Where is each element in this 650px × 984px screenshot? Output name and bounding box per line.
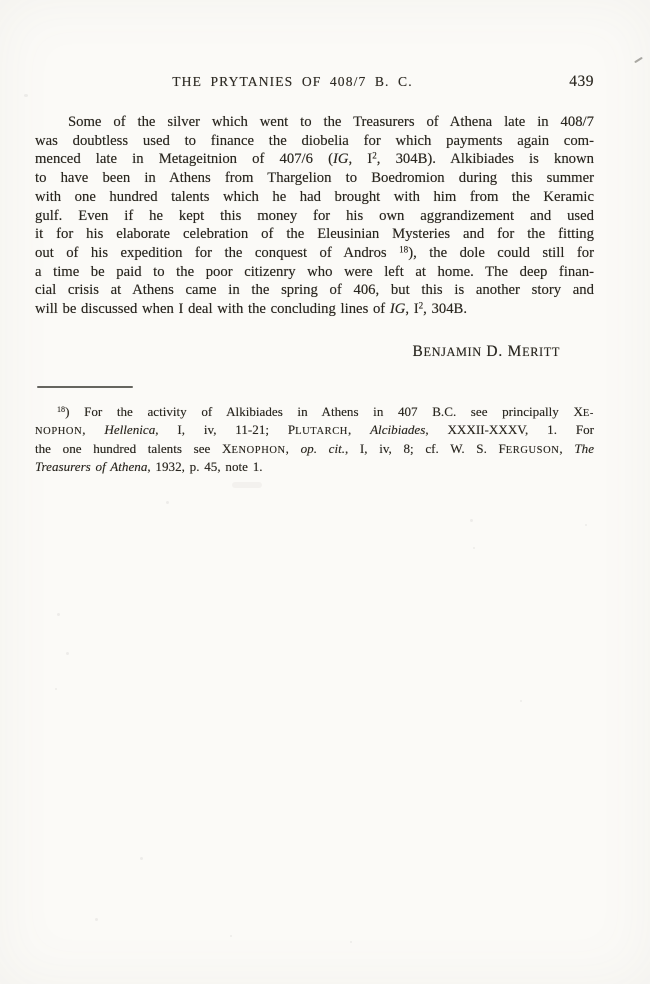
text-segment: 18 [57, 405, 65, 414]
text-segment: , I, iv, 11-21; P [155, 422, 295, 437]
page-header: THE PRYTANIES OF 408/7 B. C. 439 [35, 74, 594, 94]
scan-speckle [24, 94, 28, 97]
scan-speckle [57, 613, 60, 616]
text-segment: , [286, 441, 301, 456]
scan-speckle [350, 941, 352, 943]
text-segment: , I, iv, 8; cf. W. S. F [345, 441, 506, 456]
text-segment: menced late in Metageitnion of 407/6 ( [35, 151, 333, 167]
scan-edge-mark [634, 57, 643, 63]
text-segment: The [574, 441, 594, 456]
paragraph-line: cial crisis at Athens came in the spring… [35, 281, 594, 300]
footnote-line: 18) For the activity of Alkibiades in At… [35, 404, 594, 422]
text-segment: ENOPHON [231, 445, 285, 456]
paragraph-line: out of his expedition for the conquest o… [35, 244, 594, 263]
text-segment: , [82, 422, 104, 437]
text-segment: 18 [399, 244, 408, 254]
text-segment: LUTARCH [295, 426, 348, 437]
text-segment: will be discussed when I deal with the c… [35, 301, 390, 317]
paragraph-line: with one hundred talents which he had br… [35, 188, 594, 207]
text-segment: op. cit. [301, 441, 345, 456]
text-segment: IG [390, 301, 406, 317]
paragraph-line: to have been in Athens from Thargelion t… [35, 169, 594, 188]
text-segment: E- [583, 408, 594, 419]
scan-speckle [473, 547, 475, 549]
text-segment: , 1932, p. 45, note 1. [147, 459, 262, 474]
text-segment: with one hundred talents which he had br… [35, 189, 594, 205]
footnote: 18) For the activity of Alkibiades in At… [35, 404, 594, 476]
text-segment: Some of the silver which went to the Tre… [68, 114, 594, 130]
text-segment: B [412, 343, 423, 360]
text-segment: ERITT [522, 345, 560, 359]
text-segment: it for his elaborate celebration of the … [35, 226, 594, 242]
scan-speckle [470, 519, 473, 522]
scan-speckle [95, 918, 98, 921]
text-segment: cial crisis at Athens came in the spring… [35, 282, 594, 298]
scan-speckle [520, 700, 522, 702]
page-number: 439 [569, 73, 594, 91]
footnote-separator [37, 386, 133, 388]
text-segment: the one hundred talents see X [35, 441, 231, 456]
text-segment: IG [333, 151, 349, 167]
footnote-line: the one hundred talents see XENOPHON, op… [35, 441, 594, 459]
text-segment: , XXXII-XXXV, 1. For [425, 422, 594, 437]
text-segment: ) For the activity of Alkibiades in Athe… [65, 404, 583, 419]
text-segment: a time be paid to the poor citizenry who… [35, 264, 594, 280]
scan-speckle [585, 524, 587, 526]
text-segment: ENJAMIN [424, 345, 482, 359]
paragraph-line: menced late in Metageitnion of 407/6 (IG… [35, 150, 594, 169]
text-segment: , I [349, 151, 373, 167]
text-segment: , [559, 441, 574, 456]
text-segment: ), the dole could still for [408, 245, 594, 261]
scan-speckle [55, 688, 57, 690]
text-segment: Alcibiades [370, 422, 425, 437]
text-segment: , 304B. [423, 301, 467, 317]
scan-smudge [232, 482, 262, 488]
text-segment: was doubtless used to finance the diobel… [35, 133, 594, 149]
text-segment: gulf. Even if he kept this money for his… [35, 208, 594, 224]
text-segment: , 304B). Alkibiades is known [377, 151, 594, 167]
paragraph-line: was doubtless used to finance the diobel… [35, 132, 594, 151]
paragraph-line: will be discussed when I deal with the c… [35, 300, 594, 319]
document-page: THE PRYTANIES OF 408/7 B. C. 439 Some of… [0, 0, 650, 984]
scan-speckle [140, 857, 143, 860]
footnote-line: Treasurers of Athena, 1932, p. 45, note … [35, 459, 594, 475]
author-signature: BENJAMIN D. MERITT [412, 343, 560, 361]
text-segment: NOPHON [35, 426, 82, 437]
text-segment: ERGUSON [506, 445, 560, 456]
text-segment: , [348, 422, 370, 437]
page-header-title: THE PRYTANIES OF 408/7 B. C. [35, 74, 550, 90]
text-segment: Hellenica [104, 422, 155, 437]
paragraph-line: gulf. Even if he kept this money for his… [35, 207, 594, 226]
scan-speckle [66, 652, 69, 655]
body-paragraph: Some of the silver which went to the Tre… [35, 113, 594, 319]
text-segment: D. M [482, 343, 522, 360]
text-segment: to have been in Athens from Thargelion t… [35, 170, 594, 186]
scan-speckle [166, 501, 169, 504]
text-segment: out of his expedition for the conquest o… [35, 245, 399, 261]
scan-speckle [230, 935, 232, 937]
text-segment: , I [405, 301, 418, 317]
text-segment: Treasurers of Athena [35, 459, 147, 474]
paragraph-line: it for his elaborate celebration of the … [35, 225, 594, 244]
paragraph-line: Some of the silver which went to the Tre… [35, 113, 594, 132]
paragraph-line: a time be paid to the poor citizenry who… [35, 263, 594, 282]
footnote-line: NOPHON, Hellenica, I, iv, 11-21; PLUTARC… [35, 422, 594, 440]
